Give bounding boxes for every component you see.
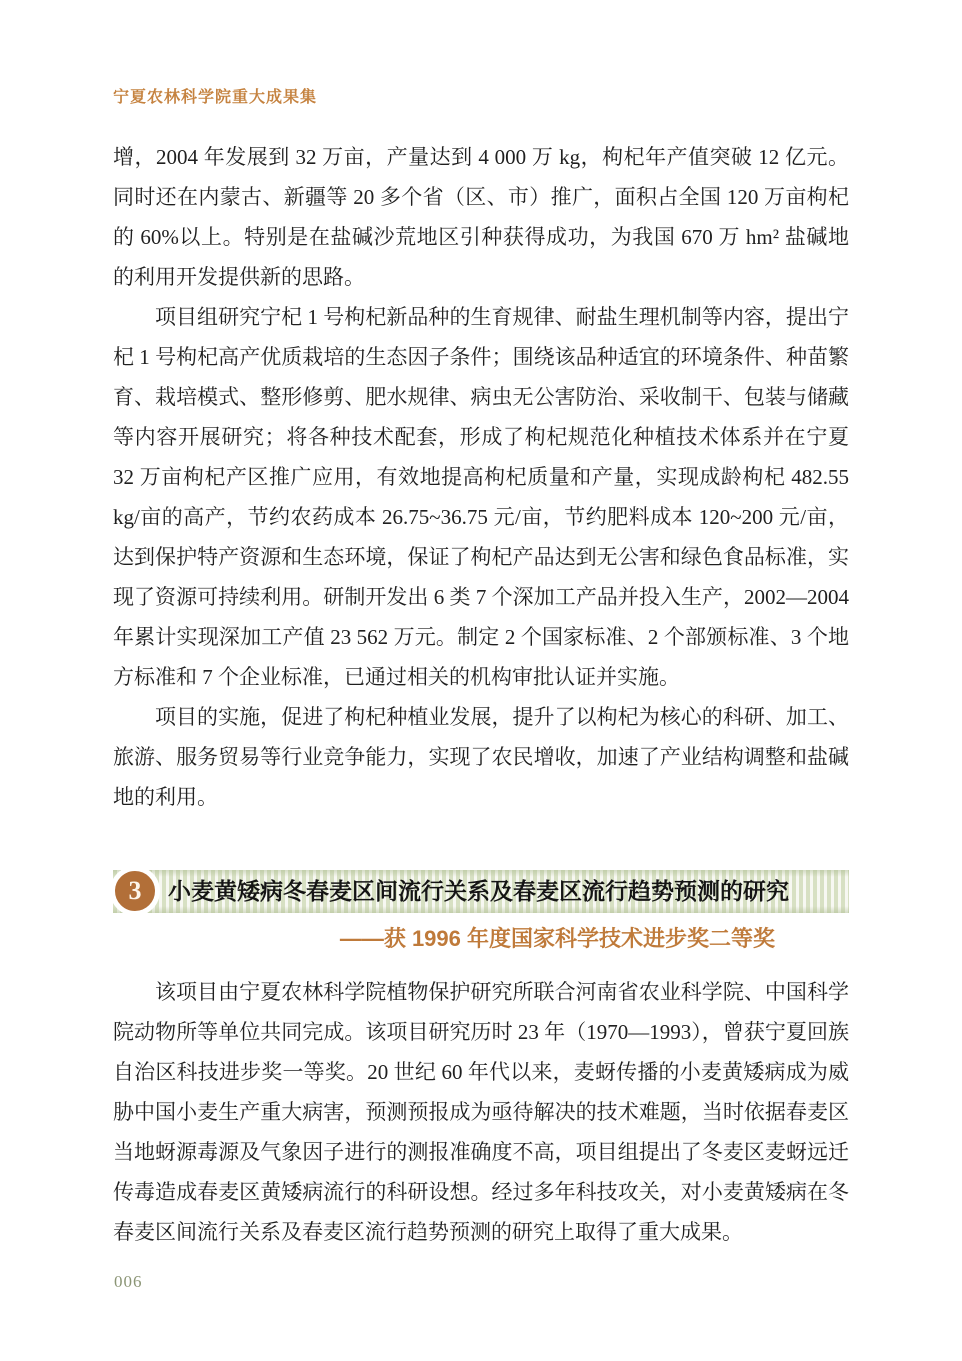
book-header-title: 宁夏农林科学院重大成果集	[113, 84, 317, 107]
section-number-badge: 3	[110, 866, 160, 916]
book-page: 宁夏农林科学院重大成果集 增，2004 年发展到 32 万亩，产量达到 4 00…	[0, 0, 962, 1361]
page-number: 006	[114, 1272, 143, 1292]
paragraph: 增，2004 年发展到 32 万亩，产量达到 4 000 万 kg，枸杞年产值突…	[113, 137, 849, 297]
section-title: 小麦黄矮病冬春麦区间流行关系及春麦区流行趋势预测的研究	[113, 870, 849, 913]
award-subtitle: ——获 1996 年度国家科学技术进步奖二等奖	[113, 922, 849, 953]
section-body-text: 该项目由宁夏农林科学院植物保护研究所联合河南省农业科学院、中国科学院动物所等单位…	[113, 972, 849, 1252]
paragraph: 项目的实施，促进了枸杞种植业发展，提升了以枸杞为核心的科研、加工、旅游、服务贸易…	[113, 697, 849, 817]
section-number: 3	[129, 876, 142, 906]
section-heading: 3 小麦黄矮病冬春麦区间流行关系及春麦区流行趋势预测的研究 ——获 1996 年…	[113, 870, 849, 953]
previous-section-text: 增，2004 年发展到 32 万亩，产量达到 4 000 万 kg，枸杞年产值突…	[113, 137, 849, 817]
heading-stripe-band: 3 小麦黄矮病冬春麦区间流行关系及春麦区流行趋势预测的研究	[113, 870, 849, 913]
paragraph: 项目组研究宁杞 1 号枸杞新品种的生育规律、耐盐生理机制等内容，提出宁杞 1 号…	[113, 297, 849, 697]
paragraph: 该项目由宁夏农林科学院植物保护研究所联合河南省农业科学院、中国科学院动物所等单位…	[113, 972, 849, 1252]
